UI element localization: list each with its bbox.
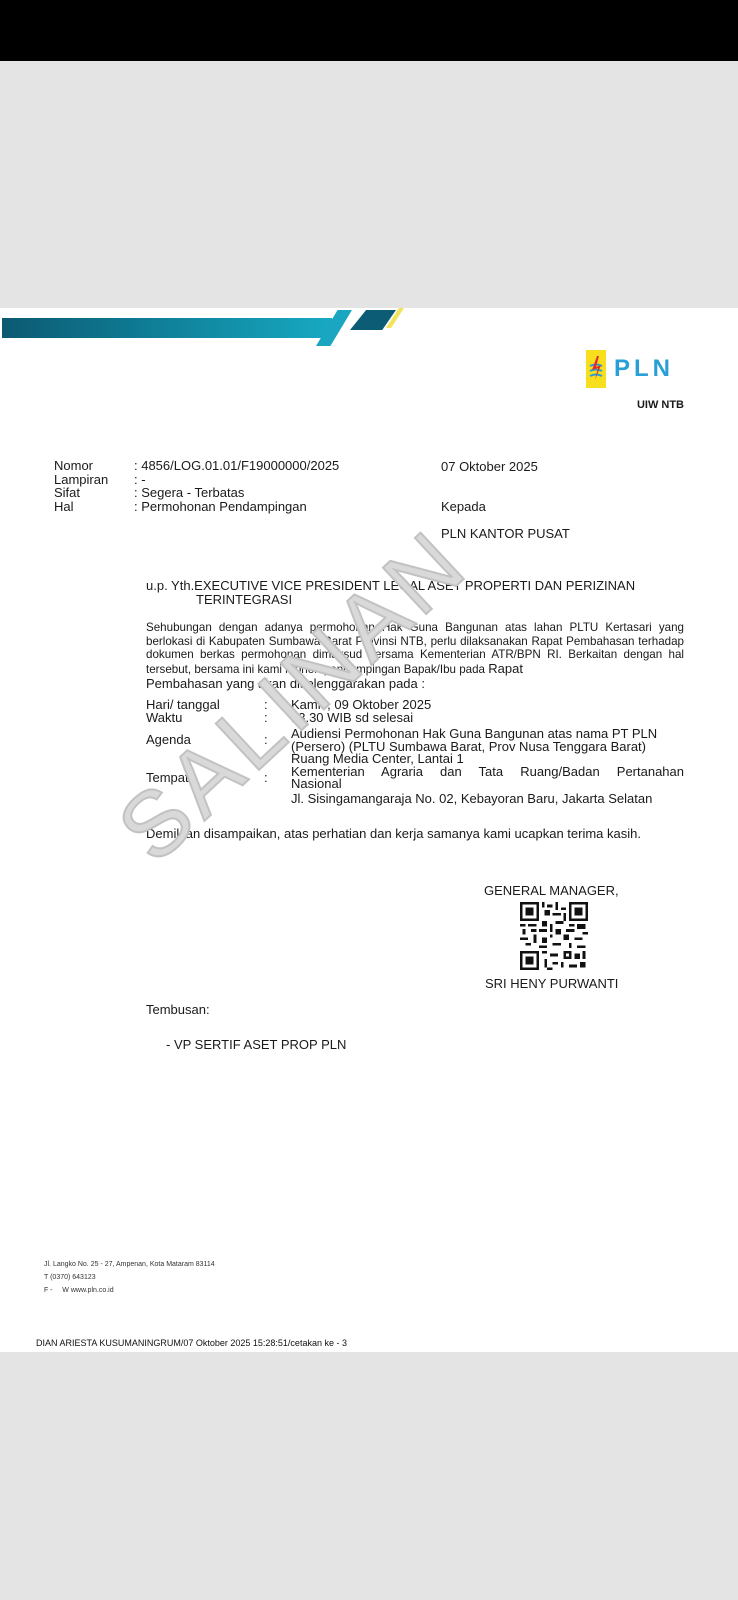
letter-meta: Nomor: 4856/LOG.01.01/F19000000/2025 Lam… [54,459,339,513]
tembusan-item: - VP SERTIF ASET PROP PLN [166,1037,346,1052]
body-text-tail: Rapat [488,661,523,676]
body-paragraph: Sehubungan dengan adanya permohonan Hak … [146,621,684,676]
body-last-line: Pembahasan yang akan diselenggarakan pad… [146,676,425,691]
meta-row: Sifat: Segera - Terbatas [54,486,339,500]
meta-row: Hal: Permohonan Pendampingan [54,500,339,514]
footer-fax-web: F - W www.pln.co.id [44,1287,114,1294]
qr-code-icon [520,902,588,970]
letter-date: 07 Oktober 2025 [441,459,538,474]
recipient: PLN KANTOR PUSAT [441,526,570,541]
detail-line: Nasional [291,778,684,791]
tembusan-label: Tembusan: [146,1002,210,1017]
attention-line: u.p. Yth.EXECUTIVE VICE PRESIDENT LEGAL … [146,579,635,607]
detail-label: Tempat [146,766,264,806]
meta-label: Nomor [54,459,134,473]
letterhead-bar [2,318,332,338]
pln-logo: PLN [586,350,674,388]
meeting-details: Hari/ tanggal : Kamis, 09 Oktober 2025 W… [146,699,684,805]
brand-name: PLN [614,355,674,383]
detail-colon: : [264,699,291,712]
attention-line-2: TERINTEGRASI [146,593,635,607]
detail-line: Jl. Sisingamangaraja No. 02, Kebayoran B… [291,793,684,806]
meta-value: : - [134,473,146,487]
detail-value: Audiensi Permohonan Hak Guna Bangunan at… [291,728,684,766]
detail-row: Agenda : Audiensi Permohonan Hak Guna Ba… [146,728,684,766]
footer-phone: T (0370) 643123 [44,1274,96,1281]
detail-colon: : [264,766,291,806]
meta-label: Lampiran [54,473,134,487]
attention-line-1: u.p. Yth.EXECUTIVE VICE PRESIDENT LEGAL … [146,579,635,593]
status-bar [0,0,738,61]
lightning-icon [586,350,606,388]
unit-name: UIW NTB [637,399,684,411]
detail-colon: : [264,728,291,766]
document-page: PLN UIW NTB Nomor: 4856/LOG.01.01/F19000… [0,308,738,1352]
meta-value: : Segera - Terbatas [134,486,244,500]
detail-row: Hari/ tanggal : Kamis, 09 Oktober 2025 [146,699,684,712]
meta-row: Nomor: 4856/LOG.01.01/F19000000/2025 [54,459,339,473]
detail-label: Agenda [146,728,264,766]
print-info: DIAN ARIESTA KUSUMANINGRUM/07 Oktober 20… [36,1338,347,1348]
meta-row: Lampiran: - [54,473,339,487]
signer-name: SRI HENY PURWANTI [485,976,618,991]
detail-row: Tempat : Kementerian Agraria dan Tata Ru… [146,766,684,806]
meta-label: Sifat [54,486,134,500]
body-text: Sehubungan dengan adanya permohonan Hak … [146,621,684,676]
detail-value: Kementerian Agraria dan Tata Ruang/Badan… [291,766,684,806]
detail-label: Waktu [146,712,264,728]
meta-value: : 4856/LOG.01.01/F19000000/2025 [134,459,339,473]
detail-line: Kementerian Agraria dan Tata Ruang/Badan… [291,766,684,779]
kepada-label: Kepada [441,499,486,514]
closing-text: Demikian disampaikan, atas perhatian dan… [146,826,641,841]
detail-colon: : [264,712,291,728]
meta-label: Hal [54,500,134,514]
signer-title: GENERAL MANAGER, [484,883,619,898]
footer-address: Jl. Langko No. 25 - 27, Ampenan, Kota Ma… [44,1261,215,1268]
meta-value: : Permohonan Pendampingan [134,500,307,514]
